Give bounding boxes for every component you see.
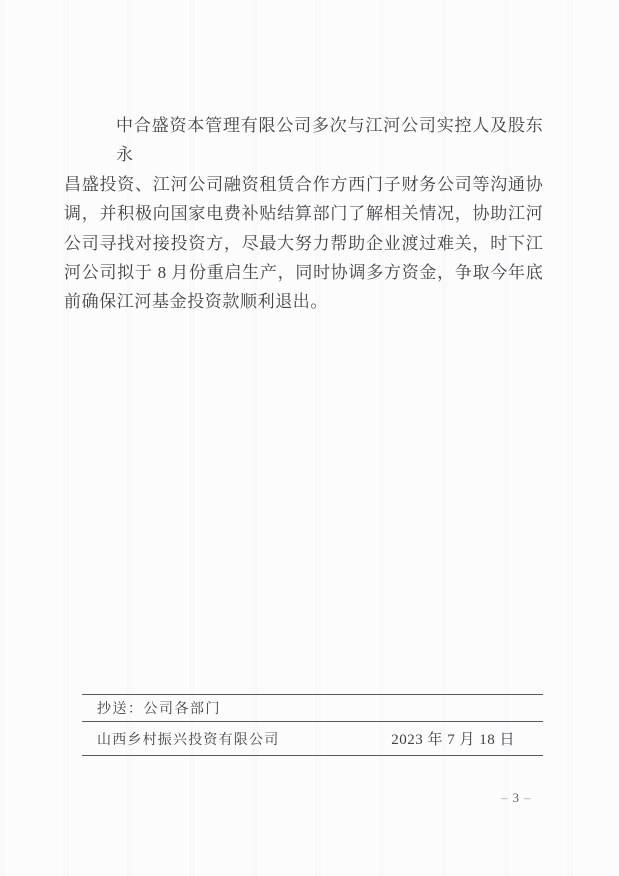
page-number-dash-right: – [524,790,531,806]
document-page: 中合盛资本管理有限公司多次与江河公司实控人及股东永 昌盛投资、江河公司融资租赁合… [0,0,619,876]
issuer-name: 山西乡村振兴投资有限公司 [97,729,279,749]
body-line: 前确保江河基金投资款顺利退出。 [64,287,543,316]
body-line: 公司寻找对接投资方，尽最大努力帮助企业渡过难关，时下江 [64,229,543,258]
cc-line: 抄送：公司各部门 [97,698,221,718]
body-line: 河公司拟于 8 月份重启生产，同时协调多方资金，争取今年底 [64,258,543,287]
body-paragraph: 中合盛资本管理有限公司多次与江河公司实控人及股东永 昌盛投资、江河公司融资租赁合… [64,111,543,317]
issuer-row: 山西乡村振兴投资有限公司 2023 年 7 月 18 日 [82,722,543,756]
cc-row: 抄送：公司各部门 [82,695,543,722]
page-number: – 3 – [501,790,531,806]
page-number-value: 3 [513,790,520,806]
document-footer: 抄送：公司各部门 山西乡村振兴投资有限公司 2023 年 7 月 18 日 [82,694,543,756]
issue-date: 2023 年 7 月 18 日 [391,728,515,749]
body-line: 调，并积极向国家电费补贴结算部门了解相关情况，协助江河 [64,199,543,228]
body-line: 昌盛投资、江河公司融资租赁合作方西门子财务公司等沟通协 [64,170,543,199]
body-line: 中合盛资本管理有限公司多次与江河公司实控人及股东永 [64,111,543,170]
page-number-dash-left: – [501,790,508,806]
